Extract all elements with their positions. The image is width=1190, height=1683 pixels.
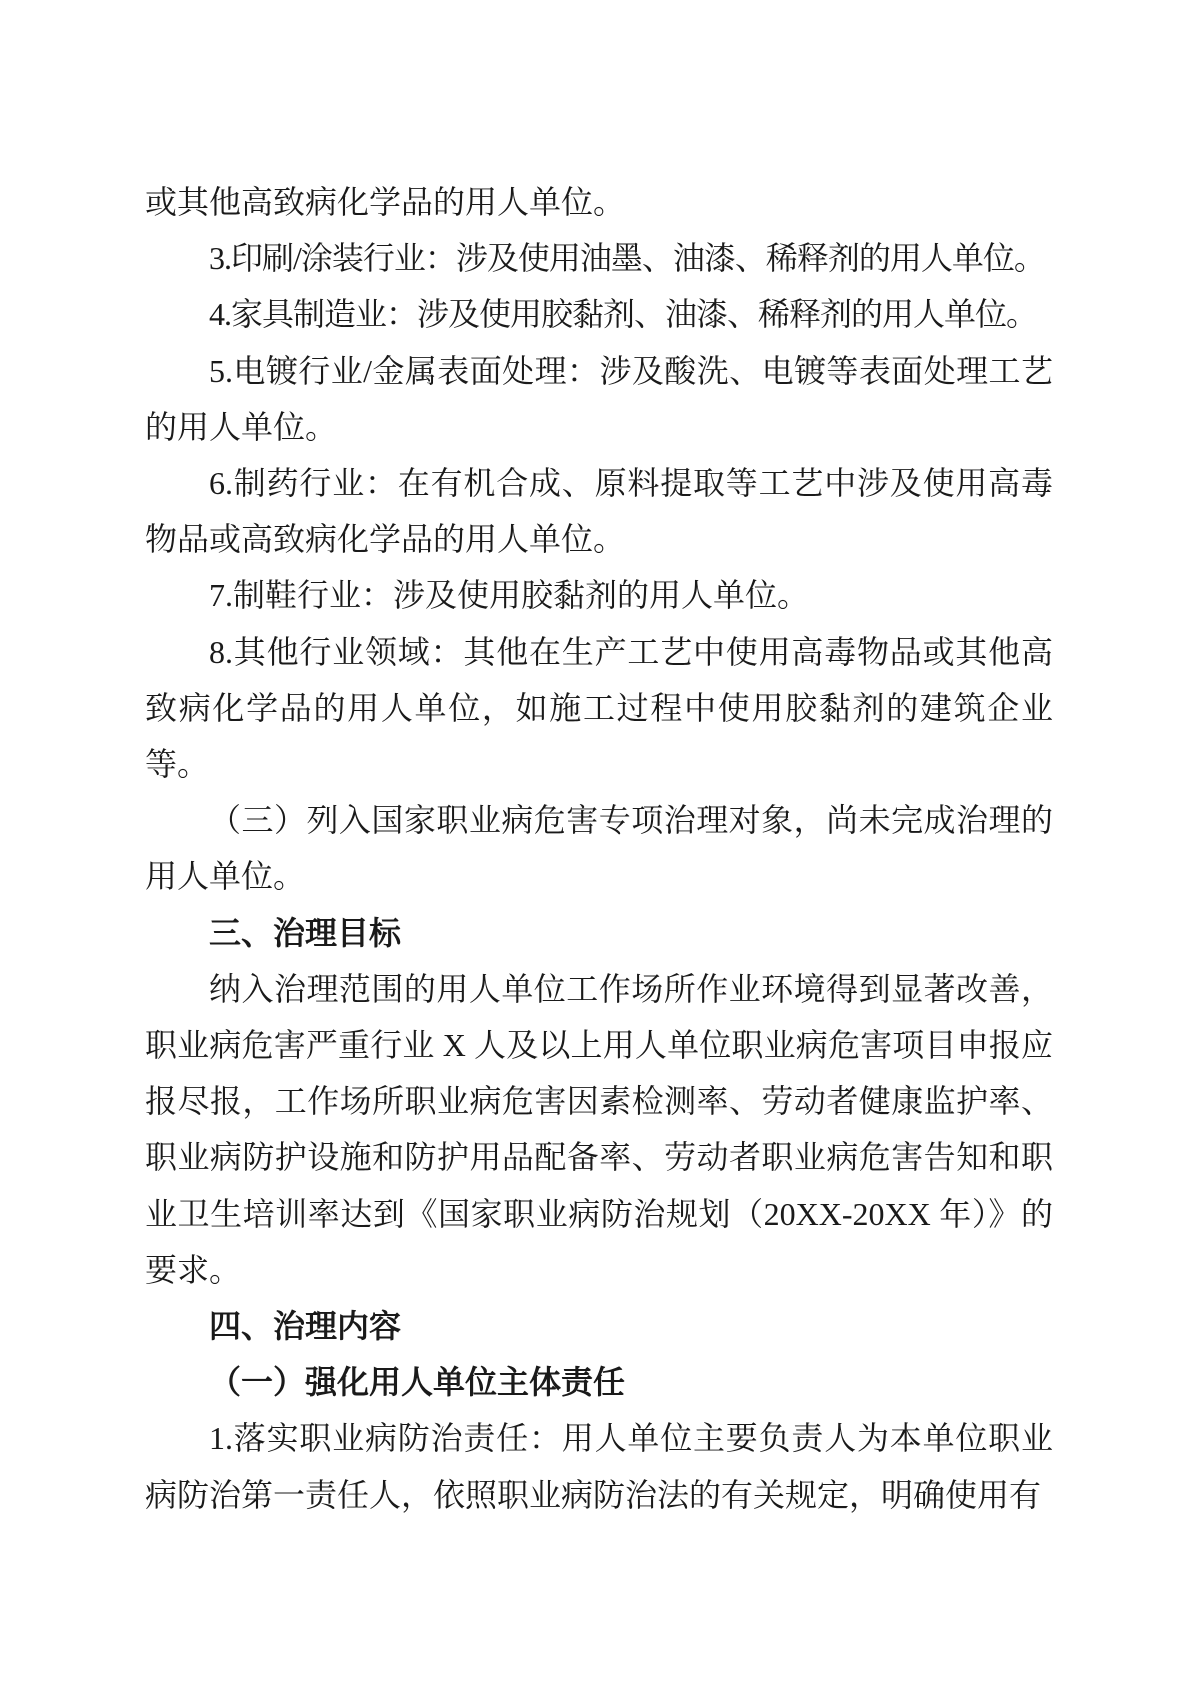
document-page: 或其他高致病化学品的用人单位。 3.印刷/涂装行业：涉及使用油墨、油漆、稀释剂的…	[0, 0, 1190, 1683]
document-body: 或其他高致病化学品的用人单位。 3.印刷/涂装行业：涉及使用油墨、油漆、稀释剂的…	[145, 174, 1053, 1523]
subsection-heading-responsibility: （一）强化用人单位主体责任	[145, 1354, 1053, 1410]
body-paragraph-item-6: 6.制药行业：在有机合成、原料提取等工艺中涉及使用高毒物品或高致病化学品的用人单…	[145, 455, 1053, 567]
section-heading-goals: 三、治理目标	[145, 905, 1053, 961]
body-paragraph-responsibility: 1.落实职业病防治责任：用人单位主要负责人为本单位职业病防治第一责任人，依照职业…	[145, 1410, 1053, 1522]
body-paragraph-continuation: 或其他高致病化学品的用人单位。	[145, 174, 1053, 230]
body-paragraph-item-7: 7.制鞋行业：涉及使用胶黏剂的用人单位。	[145, 567, 1053, 623]
body-paragraph-item-5: 5.电镀行业/金属表面处理：涉及酸洗、电镀等表面处理工艺的用人单位。	[145, 343, 1053, 455]
body-paragraph-item-three: （三）列入国家职业病危害专项治理对象，尚未完成治理的用人单位。	[145, 792, 1053, 904]
body-paragraph-goals: 纳入治理范围的用人单位工作场所作业环境得到显著改善，职业病危害严重行业 X 人及…	[145, 961, 1053, 1298]
body-paragraph-item-3: 3.印刷/涂装行业：涉及使用油墨、油漆、稀释剂的用人单位。	[145, 230, 1053, 286]
section-heading-content: 四、治理内容	[145, 1298, 1053, 1354]
body-paragraph-item-8: 8.其他行业领域：其他在生产工艺中使用高毒物品或其他高致病化学品的用人单位，如施…	[145, 624, 1053, 793]
body-paragraph-item-4: 4.家具制造业：涉及使用胶黏剂、油漆、稀释剂的用人单位。	[145, 286, 1053, 342]
